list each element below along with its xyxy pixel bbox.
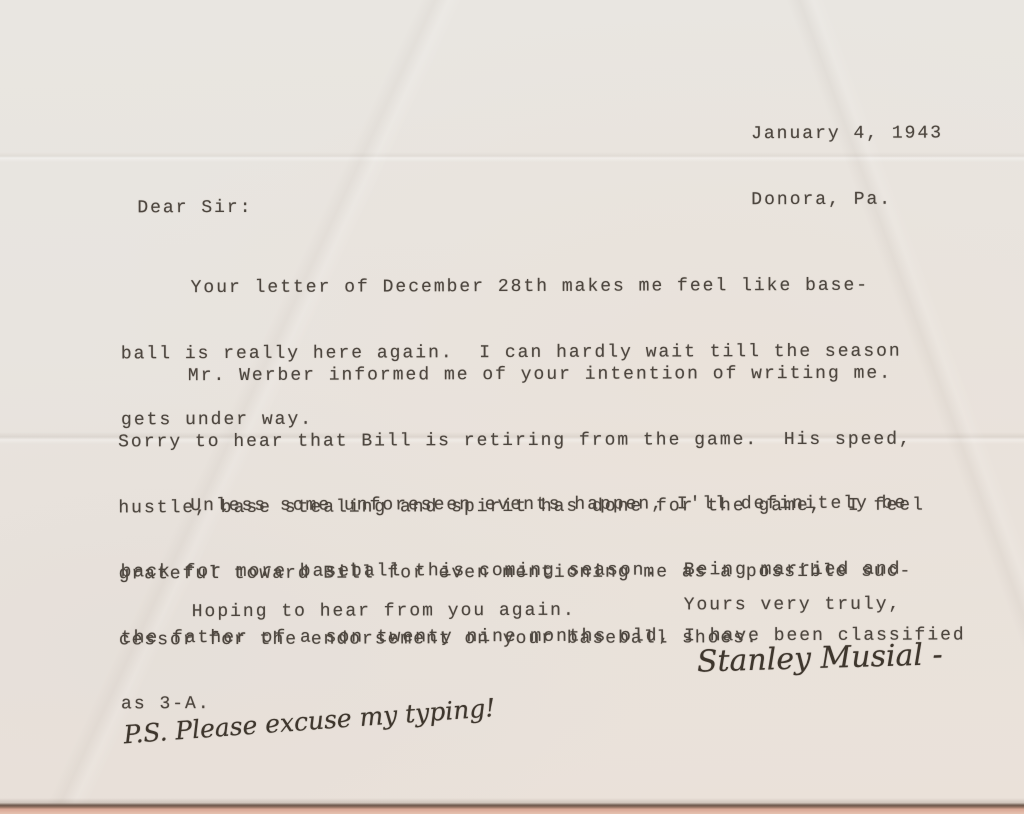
page-bottom-edge <box>0 798 1024 814</box>
date-line: January 4, 1943 <box>751 122 943 145</box>
valediction: Yours very truly, <box>684 594 902 617</box>
typed-line: Unless some unforeseen events happen, I'… <box>120 492 965 517</box>
salutation: Dear Sir: <box>137 197 252 219</box>
typed-line: Hoping to hear from you again. <box>122 600 576 624</box>
letter-content: January 4, 1943 Donora, Pa. Dear Sir: Yo… <box>0 0 1024 814</box>
typed-line: Your letter of December 28th makes me fe… <box>121 275 902 300</box>
place-line: Donora, Pa. <box>751 188 943 211</box>
signature: Stanley Musial - <box>696 637 943 679</box>
date-block: January 4, 1943 Donora, Pa. <box>751 78 944 255</box>
scanned-letter-page: January 4, 1943 Donora, Pa. Dear Sir: Yo… <box>0 0 1024 814</box>
typed-line: Mr. Werber informed me of your intention… <box>118 363 925 388</box>
closing-line: Hoping to hear from you again. <box>122 556 576 668</box>
